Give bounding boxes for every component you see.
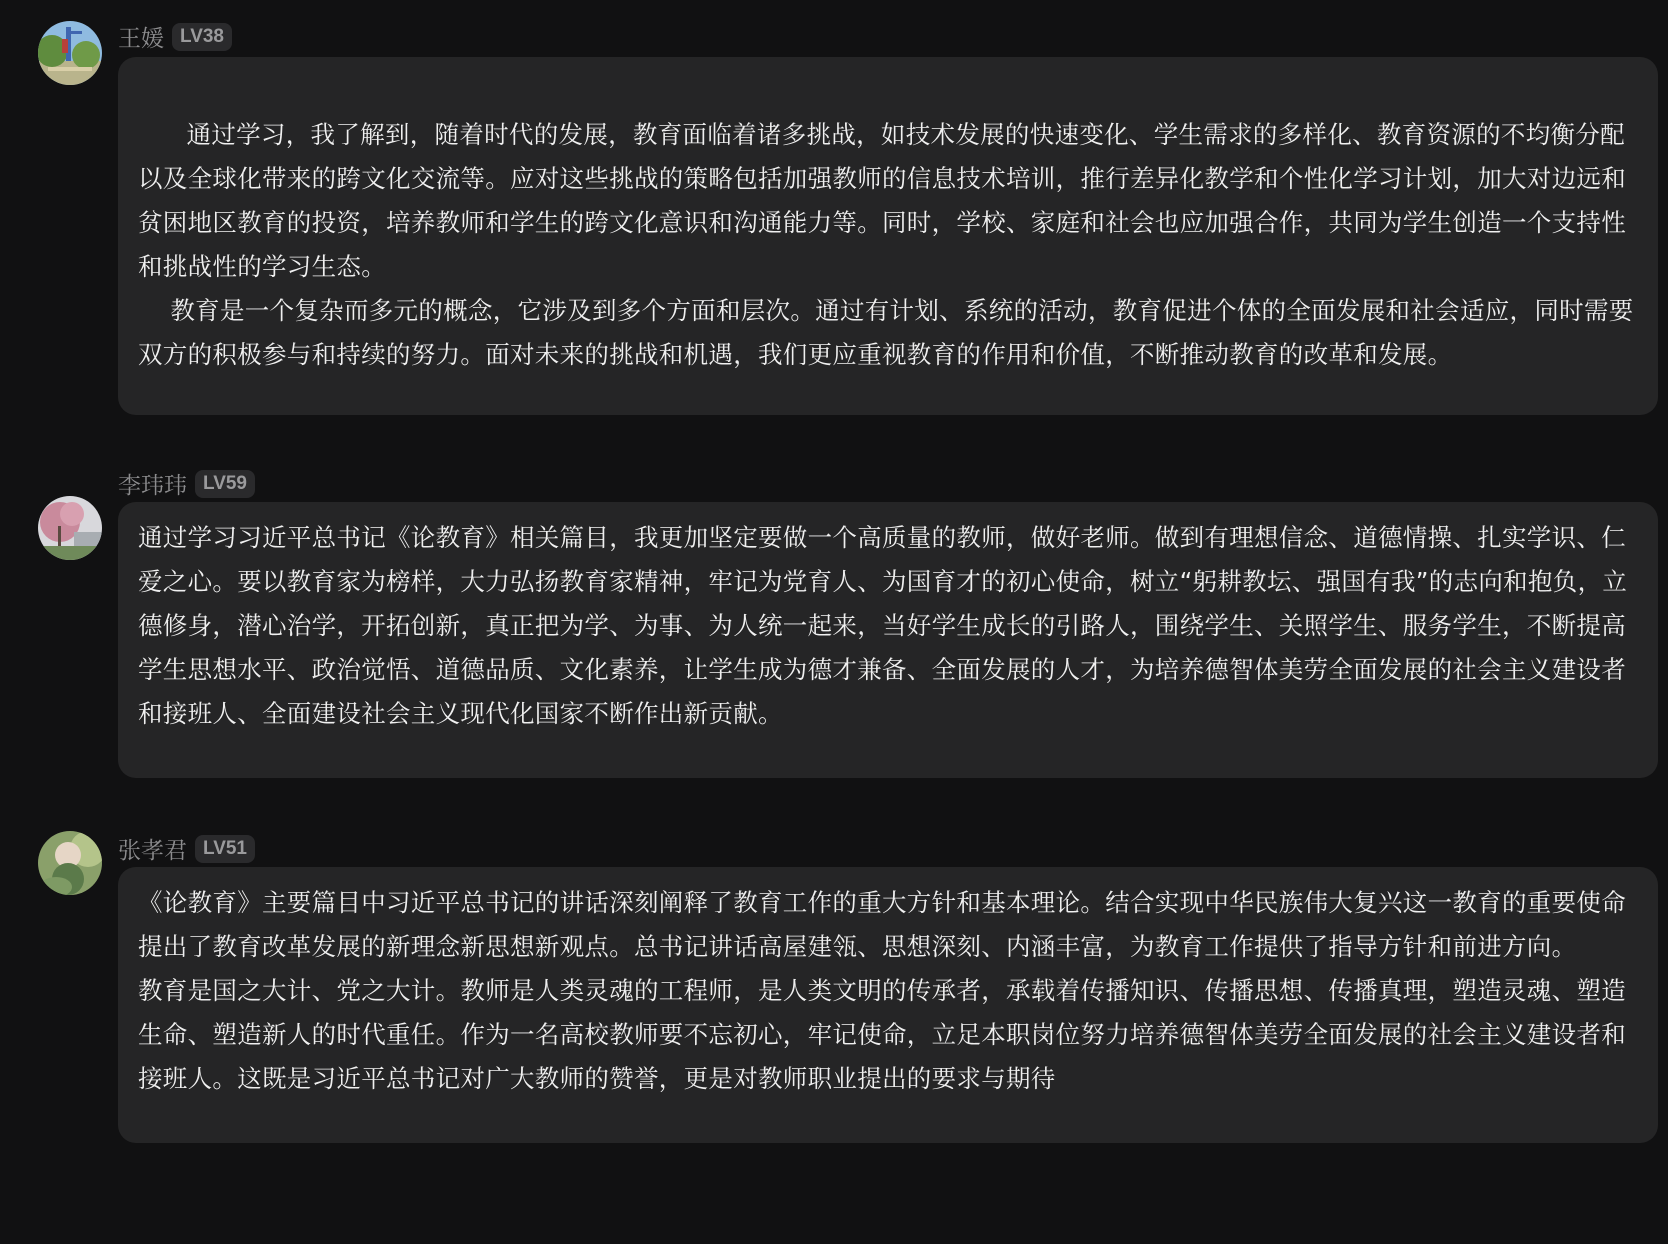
avatar-image-icon [38, 831, 102, 895]
avatar-image-icon [38, 21, 102, 85]
level-badge: LV38 [172, 23, 232, 51]
level-badge: LV59 [195, 470, 255, 498]
comment-bubble: 通过学习，我了解到，随着时代的发展，教育面临着诸多挑战，如技术发展的快速变化、学… [118, 57, 1658, 415]
avatar[interactable] [38, 496, 102, 560]
author-name[interactable]: 张孝君 [118, 832, 187, 865]
comment-bubble: 《论教育》主要篇目中习近平总书记的讲话深刻阐释了教育工作的重大方针和基本理论。结… [118, 867, 1658, 1143]
comment-paragraph [138, 75, 1636, 113]
avatar-image-icon [38, 496, 102, 560]
avatar[interactable] [38, 831, 102, 895]
comment-paragraph: 教育是国之大计、党之大计。教师是人类灵魂的工程师，是人类文明的传承者，承载着传播… [138, 969, 1636, 1101]
level-badge: LV51 [195, 835, 255, 863]
comment-paragraph: 教育是一个复杂而多元的概念，它涉及到多个方面和层次。通过有计划、系统的活动，教育… [138, 289, 1636, 377]
comment-paragraph: 通过学习，我了解到，随着时代的发展，教育面临着诸多挑战，如技术发展的快速变化、学… [138, 113, 1636, 289]
author-name[interactable]: 王媛 [118, 20, 164, 53]
author-name[interactable]: 李玮玮 [118, 467, 187, 500]
comment-paragraph: 《论教育》主要篇目中习近平总书记的讲话深刻阐释了教育工作的重大方针和基本理论。结… [138, 881, 1636, 969]
comment-bubble: 通过学习习近平总书记《论教育》相关篇目，我更加坚定要做一个高质量的教师，做好老师… [118, 502, 1658, 778]
avatar[interactable] [38, 21, 102, 85]
comment-paragraph: 通过学习习近平总书记《论教育》相关篇目，我更加坚定要做一个高质量的教师，做好老师… [138, 516, 1636, 736]
